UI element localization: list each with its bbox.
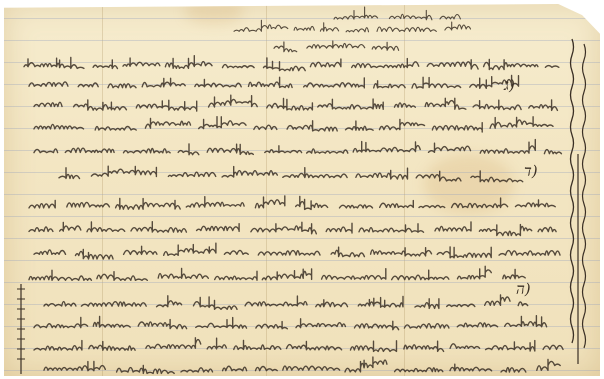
handwritten-line [29,222,559,238]
handwritten-line [24,58,559,74]
left-margin-vertical-text [14,284,28,374]
handwritten-line [59,168,524,184]
handwritten-line [44,362,559,378]
handwritten-line [44,297,529,313]
handwritten-line [29,198,559,214]
handwritten-line [34,318,549,334]
handwritten-line [34,144,564,160]
rule-line [4,18,600,19]
handwritten-line [34,340,564,356]
letter-paper: ג) ד) ה) [4,4,600,376]
handwritten-line [34,98,564,114]
handwritten-line [234,22,474,38]
handwritten-line [29,270,524,286]
section-marker: ג) [504,76,515,95]
rule-line [4,216,600,217]
right-margin-vertical-text [564,34,600,374]
handwritten-line [34,246,564,262]
handwritten-line [29,78,524,94]
handwritten-line [34,120,562,136]
rule-line [4,194,600,195]
rule-line [4,238,600,239]
section-marker: ד) [524,162,538,181]
handwritten-line [274,40,399,56]
paper-stain [184,0,244,24]
section-marker: ה) [516,280,531,299]
